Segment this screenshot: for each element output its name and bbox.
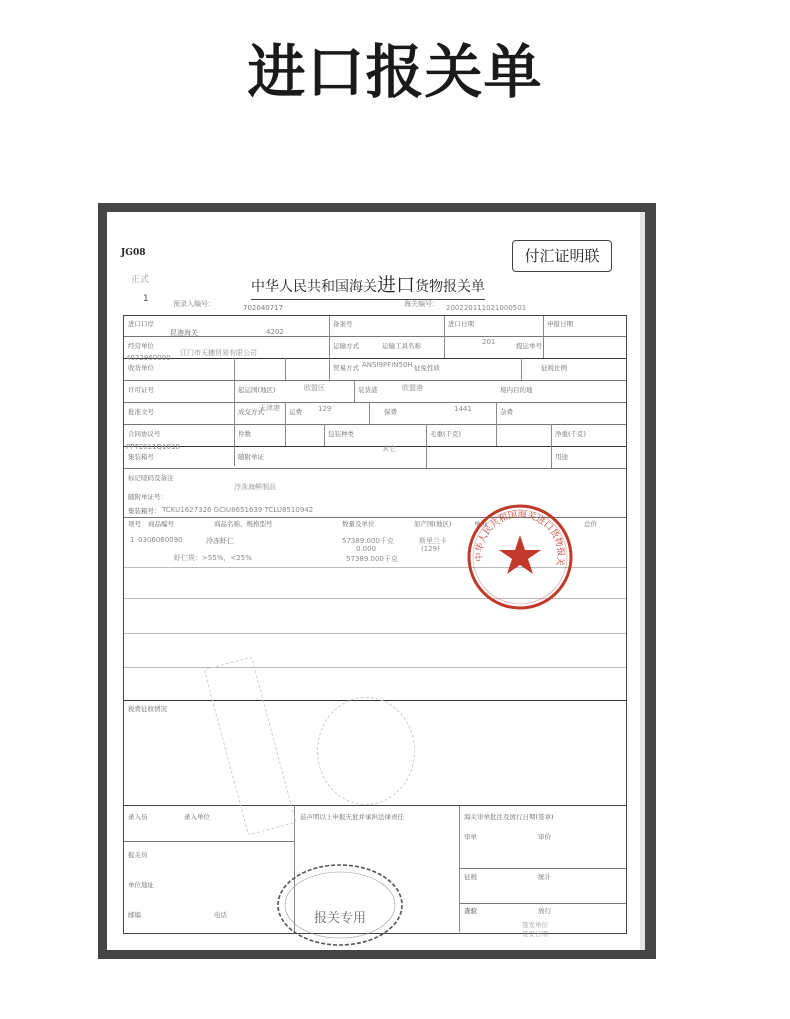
- goods-origin-code: (129): [421, 545, 440, 553]
- container-no-label: 集装箱号: [128, 452, 154, 461]
- goods-item-no: 1: [130, 536, 134, 544]
- misc-label: 杂费: [500, 407, 513, 416]
- container-ids-value: TCKU1627326 GCIU8651639 TCLU8510942: [162, 506, 313, 514]
- gross-weight-label: 毛重(千克): [430, 429, 461, 438]
- document-frame: JG08 正式 1 付汇证明联 中华人民共和国海关进口货物报关单 预录入编号： …: [98, 203, 656, 959]
- examine-label: 审价: [538, 832, 551, 841]
- declaration-statement: 兹声明以上申报无讹并承担法律责任: [300, 812, 404, 821]
- destination-label: 境内目的地: [500, 385, 533, 394]
- form-title-suffix: 货物报关单: [415, 279, 485, 295]
- origin-country-value: 欧盟区: [304, 383, 325, 393]
- stat-label: 统计: [538, 872, 551, 881]
- attached-docs-label: 随附单证: [238, 452, 264, 461]
- package-type-value: 其它: [382, 444, 396, 454]
- scan-edge: [640, 212, 645, 950]
- trade-mode-label: 贸易方式: [333, 363, 359, 372]
- goods-spec: 虾仁规：>55%，<25%: [174, 553, 252, 563]
- issue-date-label: 签发日期: [522, 929, 548, 938]
- goods-header-name: 商品名称、规格型号: [214, 519, 273, 528]
- goods-header-total: 总价: [584, 519, 597, 528]
- premium-value: 1441: [454, 405, 472, 413]
- origin-country-label: 起运国(地区): [238, 385, 276, 394]
- customs-review-label: 海关审单批注及放行日期(签章): [464, 812, 554, 821]
- goods-header-origin: 原产国(地区): [414, 519, 452, 528]
- transport-tool-value: 201: [482, 338, 495, 346]
- review-label: 审单: [464, 832, 477, 841]
- form-title-prefix: 中华人民共和国海关: [251, 279, 377, 295]
- import-port-label: 进口口岸: [128, 319, 154, 328]
- pre-entry-value: 702040717: [243, 304, 283, 312]
- freight-value: 129: [318, 405, 331, 413]
- svg-text:报关专用: 报关专用: [314, 910, 366, 926]
- net-weight-label: 净重(千克): [555, 429, 586, 438]
- import-port-code: 4202: [266, 328, 284, 336]
- marks-label: 标记唛码及备注: [128, 473, 174, 482]
- approval-no-label: 批准文号: [128, 407, 154, 416]
- customs-no-label: 海关编号：: [404, 299, 439, 309]
- packages-label: 件数: [238, 429, 251, 438]
- settlement-label: 征税比例: [541, 363, 567, 372]
- declare-date-label: 申报日期: [547, 319, 573, 328]
- form-title-emph: 进口: [377, 274, 415, 296]
- bill-no-label: 提运单号: [516, 341, 542, 350]
- inspect-label: 查验: [464, 906, 477, 915]
- unit-address-label: 单位地址: [128, 880, 154, 889]
- customs-declaration-scan: JG08 正式 1 付汇证明联 中华人民共和国海关进口货物报关单 预录入编号： …: [107, 212, 645, 950]
- goods-qty3: 57389.000千克: [346, 554, 398, 564]
- goods-name: 冷冻虾仁: [206, 536, 234, 546]
- copy-badge: 付汇证明联: [512, 240, 612, 272]
- goods-header-code: 商品编号: [148, 519, 174, 528]
- tax-section-label: 税费征收情况: [128, 704, 167, 713]
- container-ids-label: 集装箱号：: [128, 506, 161, 515]
- postcode-label: 邮编: [128, 910, 141, 919]
- use-label: 用途: [555, 452, 568, 461]
- business-unit-value: 江门市天穗贸易有限公司: [180, 348, 257, 358]
- transport-mode-label: 运输方式: [333, 341, 359, 350]
- trade-mode-value: ANSI9PFIN50H: [362, 361, 413, 369]
- declarant-label: 报关员: [128, 850, 148, 859]
- phone-label: 电话: [214, 910, 227, 919]
- loading-port-label: 装货港: [358, 385, 378, 394]
- entry-unit-label: 录入单位: [184, 812, 210, 821]
- attached-cert-label: 随附单证号：: [128, 492, 167, 501]
- marks-note: 冷冻海鲜制品: [234, 482, 276, 492]
- copy-mark: 正式: [131, 272, 149, 285]
- business-unit-label: 经营单位: [128, 341, 154, 350]
- freight-label: 运费: [289, 407, 302, 416]
- goods-qty2: 0.000: [356, 545, 376, 553]
- import-date-label: 进口日期: [448, 319, 474, 328]
- premium-label: 保费: [384, 407, 397, 416]
- release-label: 放行: [538, 906, 551, 915]
- consignee-label: 收货单位: [128, 363, 154, 372]
- transport-tool-label: 运输工具名称: [382, 341, 421, 350]
- levy-label: 征税: [464, 872, 477, 881]
- form-code: JG08: [121, 248, 145, 258]
- license-label: 许可证号: [128, 385, 154, 394]
- entry-clerk-label: 录入员: [128, 812, 148, 821]
- tax-nature-label: 征免性质: [414, 363, 440, 372]
- page-title: 进口报关单: [0, 34, 790, 110]
- deal-mode-value: 天津港: [259, 403, 280, 413]
- issue-unit-label: 签发单位: [522, 920, 548, 929]
- customs-no-value: 200220111021000501: [446, 304, 526, 312]
- contract-no-label: 合同协议号: [128, 429, 161, 438]
- form-title: 中华人民共和国海关进口货物报关单: [251, 270, 485, 300]
- record-no-label: 备案号: [333, 319, 353, 328]
- goods-header-qty: 数量及单位: [342, 519, 375, 528]
- company-oval-seal-icon: 报关专用: [275, 860, 405, 950]
- package-type-label: 包装种类: [328, 429, 354, 438]
- goods-header-item: 项号: [128, 519, 141, 528]
- faded-round-stamp: [317, 697, 415, 805]
- consignee-code: 4072960000: [126, 354, 171, 362]
- pre-entry-label: 预录入编号：: [173, 299, 215, 309]
- import-port-value: 昆港海关: [170, 328, 198, 338]
- copy-number: 1: [143, 294, 149, 304]
- goods-code: 0306060090: [138, 536, 183, 544]
- loading-port-value: 欧盟港: [402, 383, 423, 393]
- red-customs-seal-icon: 中华人民共和国海关进口货物报关单专用章: [465, 502, 575, 612]
- contract-no-value: PPT2011Q1018: [126, 443, 180, 451]
